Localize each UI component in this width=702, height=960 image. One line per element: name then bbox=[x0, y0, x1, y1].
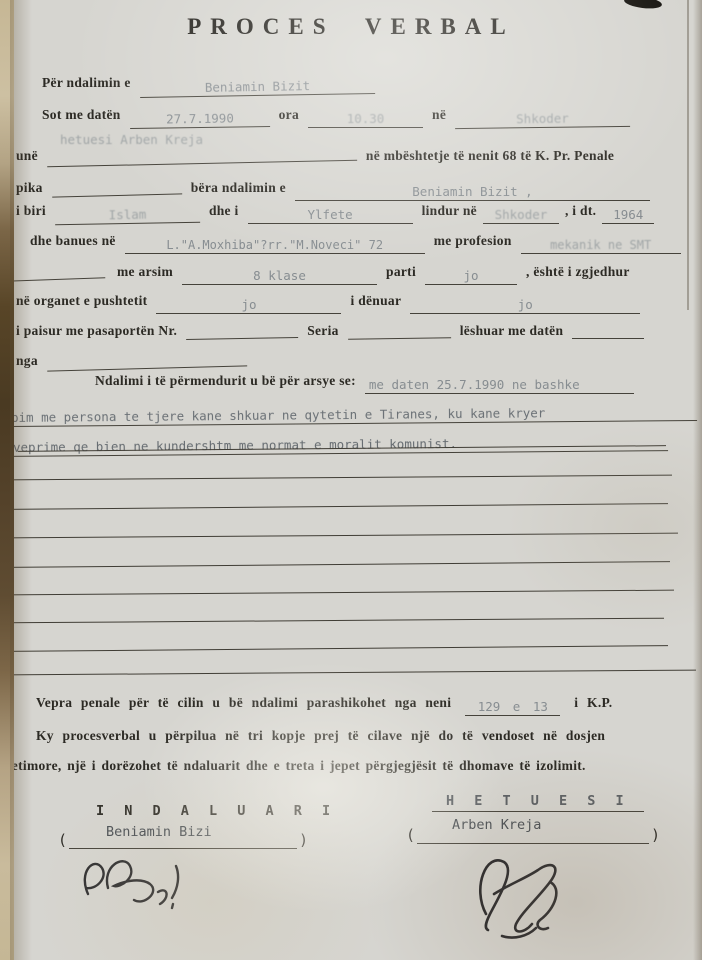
label-sot-me-daten: Sot me datën bbox=[42, 107, 121, 122]
label-profesion: me profesion bbox=[434, 233, 512, 248]
fill-neni: 129 e 13 bbox=[478, 699, 548, 714]
underline-reason-1: me daten 25.7.1990 ne bashke bbox=[365, 376, 634, 394]
fill-detained-name: Beniamin Bizit bbox=[204, 78, 310, 95]
label-organet: në organet e pushtetit bbox=[16, 293, 147, 308]
label-nenit-68: në mbështetje të nenit 68 të K. Pr. Pena… bbox=[366, 148, 614, 163]
fill-organs: jo bbox=[241, 297, 256, 312]
label-per-ndalimin: Për ndalimin e bbox=[42, 75, 131, 90]
fill-time: 10.30 bbox=[347, 111, 385, 126]
sig-right-title: H E T U E S I bbox=[432, 792, 644, 810]
fill-investigator-text: hetuesi Arben Kreja bbox=[60, 132, 203, 147]
sig-left-paren-close: ) bbox=[299, 831, 308, 849]
label-vepra-1: Vepra penale për të cilin u bë ndalimi p… bbox=[36, 695, 451, 710]
underline-profession: mekanik ne SMT bbox=[521, 236, 681, 254]
field-row-reason: Ndalimi i të përmendurit u bë për arsye … bbox=[95, 372, 639, 394]
kopje-line-2: hetimore, një i dorëzohet të ndaluarit d… bbox=[4, 758, 586, 773]
field-row-address: dhe banues në L."A.Moxhiba"?rr."M.Noveci… bbox=[30, 232, 686, 254]
fill-profession: mekanik ne SMT bbox=[550, 238, 651, 252]
underline-issued-date bbox=[572, 321, 644, 339]
label-banues-ne: dhe banues në bbox=[30, 233, 116, 248]
paragraph-kopje-1: Ky procesverbal u përpilua në tri kopje … bbox=[36, 727, 605, 745]
sig-right-paren-open: ( bbox=[406, 826, 415, 844]
blank-line bbox=[6, 670, 696, 676]
field-row-parents: i biri Islam dhe i Ylfete lindur në Shko… bbox=[16, 202, 656, 224]
field-row-date-place: Sot me datën 27.7.1990 ora 10.30 në Shko… bbox=[42, 106, 635, 128]
sig-left-paren-open: ( bbox=[58, 831, 67, 849]
underline-place: Shkoder bbox=[455, 109, 630, 129]
page-right-shadow bbox=[693, 0, 702, 960]
underline-pika bbox=[52, 176, 182, 197]
label-parti: parti bbox=[386, 264, 416, 279]
label-reason: Ndalimi i të përmendurit u bë për arsye … bbox=[95, 373, 356, 388]
fill-mother-name: Ylfete bbox=[308, 207, 353, 222]
sig-left-paren-line: () bbox=[58, 831, 308, 850]
underline-seria bbox=[348, 320, 451, 339]
fill-father-name: Islam bbox=[108, 207, 146, 223]
field-row-passport: i paisur me pasaportën Nr. Seria lëshuar… bbox=[16, 321, 649, 340]
field-row-organs: në organet e pushtetit jo i dënuar jo bbox=[16, 292, 645, 314]
label-me-arsim: me arsim bbox=[117, 264, 173, 279]
page-edge-line bbox=[687, 0, 689, 310]
label-lindur-ne: lindur në bbox=[422, 203, 477, 218]
label-pasaporten: i paisur me pasaportën Nr. bbox=[16, 323, 177, 338]
label-bera-ndalimin: bëra ndalimin e bbox=[191, 180, 286, 195]
sig-left-title: I N D A L U A R I bbox=[96, 802, 336, 820]
label-dhe-i: dhe i bbox=[209, 203, 239, 218]
fill-reason-3: veprime qe bien ne kundershtm me normat … bbox=[13, 436, 457, 455]
field-row-vepra: Vepra penale për të cilin u bë ndalimi p… bbox=[36, 694, 612, 716]
fill-place: Shkoder bbox=[516, 111, 569, 127]
label-leshuar: lëshuar me datën bbox=[460, 323, 564, 338]
underline-investigator bbox=[47, 143, 357, 167]
fill-party: jo bbox=[463, 268, 478, 283]
underline-mother: Ylfete bbox=[248, 206, 413, 224]
label-i-denuar: i dënuar bbox=[350, 293, 401, 308]
underline-address: L."A.Moxhiba"?rr."M.Noveci" 72 bbox=[125, 236, 425, 254]
underline-nga bbox=[47, 348, 247, 371]
field-row-nga: nga bbox=[16, 351, 252, 370]
fill-birthplace: Shkoder bbox=[495, 207, 548, 222]
blank-line bbox=[6, 475, 672, 481]
blank-line bbox=[6, 645, 668, 652]
label-zgjedhur: , është i zgjedhur bbox=[526, 264, 630, 279]
fill-education: 8 klase bbox=[253, 268, 306, 283]
underline-birthplace: Shkoder bbox=[483, 206, 559, 224]
field-row-une: unë në mbështetje të nenit 68 të K. Pr. … bbox=[16, 146, 614, 165]
signature-detained bbox=[72, 850, 272, 912]
label-ne: në bbox=[432, 107, 446, 122]
book-spine-fade bbox=[10, 0, 32, 960]
underline-father: Islam bbox=[55, 205, 200, 226]
fill-detained-name-2: Beniamin Bizit , bbox=[412, 184, 532, 199]
field-row-reason-2: pim me persona te tjere kane shkuar ne q… bbox=[4, 402, 702, 424]
underline-sig-left bbox=[69, 831, 297, 849]
underline-passport-nr bbox=[186, 320, 298, 340]
underline-time: 10.30 bbox=[308, 110, 423, 128]
underline-party: jo bbox=[425, 267, 517, 285]
blank-line bbox=[6, 503, 668, 510]
underline-organs: jo bbox=[156, 296, 341, 314]
fill-convicted: jo bbox=[518, 297, 533, 312]
blank-line bbox=[6, 590, 674, 596]
underline-reason-3: veprime qe bien ne kundershtm me normat … bbox=[9, 433, 668, 457]
sig-left-title-text: I N D A L U A R I bbox=[96, 803, 336, 819]
sig-right-title-text: H E T U E S I bbox=[432, 793, 644, 812]
blank-line bbox=[6, 561, 670, 568]
fill-reason-1: me daten 25.7.1990 ne bashke bbox=[369, 377, 580, 392]
field-row-education: me arsim 8 klase parti jo , është i zgje… bbox=[0, 262, 630, 285]
label-ora: ora bbox=[279, 107, 299, 122]
page-corner-mark bbox=[623, 0, 662, 10]
paragraph-kopje-2: hetimore, një i dorëzohet të ndaluarit d… bbox=[4, 757, 586, 775]
fill-reason-2: pim me persona te tjere kane shkuar ne q… bbox=[11, 405, 545, 425]
kopje-line-1: Ky procesverbal u përpilua në tri kopje … bbox=[36, 728, 605, 743]
fill-birthyear: 1964 bbox=[613, 207, 643, 222]
fill-date: 27.7.1990 bbox=[166, 111, 234, 127]
sig-right-paren-close: ) bbox=[651, 826, 660, 844]
label-vepra-2: i K.P. bbox=[574, 695, 612, 710]
underline-detained-name: Beniamin Bizit bbox=[140, 76, 375, 98]
fill-address: L."A.Moxhiba"?rr."M.Noveci" 72 bbox=[166, 238, 383, 252]
underline-convicted: jo bbox=[410, 296, 640, 314]
underline-birthyear: 1964 bbox=[602, 206, 654, 224]
underline-reason-2: pim me persona te tjere kane shkuar ne q… bbox=[9, 403, 697, 427]
label-seria: Seria bbox=[307, 323, 339, 338]
signature-investigator bbox=[452, 836, 612, 946]
underline-date: 27.7.1990 bbox=[129, 109, 269, 129]
page-title: PROCES VERBAL bbox=[0, 14, 702, 40]
underline-education: 8 klase bbox=[182, 267, 377, 285]
scanned-document-page: PROCES VERBAL Për ndalimin e Beniamin Bi… bbox=[0, 0, 702, 960]
label-i-dt: , i dt. bbox=[565, 203, 596, 218]
field-row-detained: Për ndalimin e Beniamin Bizit bbox=[42, 74, 380, 96]
blank-line bbox=[6, 533, 678, 539]
underline-detained-name-2: Beniamin Bizit , bbox=[295, 183, 650, 201]
blank-line bbox=[6, 618, 664, 624]
field-row-pika: pika bëra ndalimin e Beniamin Bizit , bbox=[16, 178, 655, 201]
underline-neni: 129 e 13 bbox=[465, 698, 560, 716]
